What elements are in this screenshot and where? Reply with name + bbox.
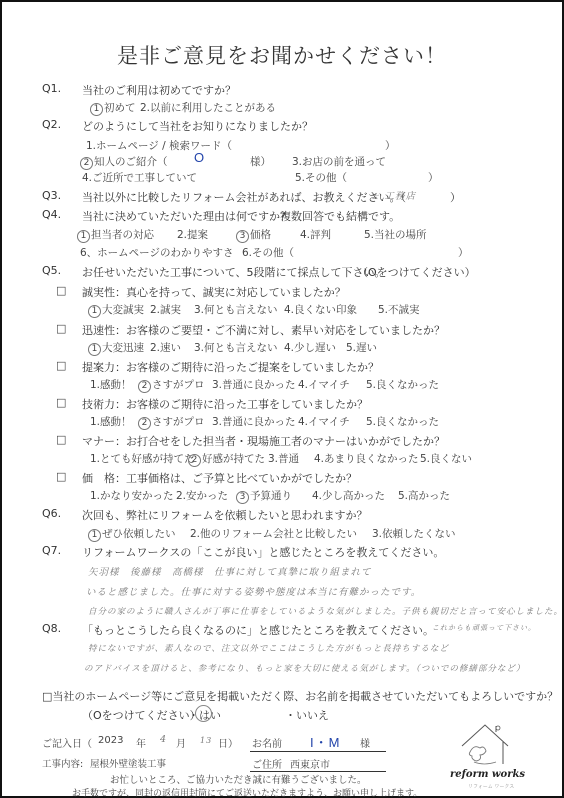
q1-number: Q1. (42, 82, 61, 95)
q3-close: ） (450, 189, 461, 205)
q5-number: Q5. (42, 264, 61, 277)
consent-question: □当社のホームページ等にご意見を掲載いただく際、お名前を掲載させていただいてもよ… (42, 688, 558, 704)
q2-option-5[interactable]: 5.その他（ (295, 170, 347, 185)
q7-text: リフォームワークスの「ここが良い」と感じたところを教えてください。 (82, 544, 444, 560)
q5-item-manners: マナー：お打合せをした担当者・現場施工者のマナーはいかがでしたか？ (82, 433, 445, 449)
house-logo-icon (460, 722, 510, 767)
name-underline (250, 751, 386, 752)
selected-circle-icon: 1 (88, 529, 101, 542)
q5-item-1-option-5[interactable]: 5.不誠実 (378, 302, 420, 317)
q2-number: Q2. (42, 118, 61, 131)
q4-text: 当社に決めていただいた理由は何ですか？ (82, 208, 291, 224)
date-year[interactable]: 2023 (98, 735, 123, 746)
selected-circle-icon: 3 (236, 491, 249, 504)
selected-circle-icon: 1 (90, 103, 103, 116)
thanks-line-1: お忙しいところ、ご協力いただき誠に有難うございました。 (110, 772, 367, 786)
q5-item-price: 価 格：工事価格は、ご予算と比べていかがでしたか？ (82, 470, 357, 486)
q4-option-7-close: ） (458, 245, 469, 260)
q5-item-1-option-4[interactable]: 4.良くない印象 (284, 302, 357, 317)
q4-option-6[interactable]: 6、ホームページのわかりやすさ (80, 245, 233, 260)
q4-note: 複数回答でも結構です。 (280, 208, 400, 224)
date-month-unit: 月 (176, 735, 186, 750)
q4-option-2[interactable]: 2.提案 (177, 227, 208, 242)
q5-item-4-option-2[interactable]: 2さすがプロ (138, 414, 205, 430)
selected-circle-icon: 2 (138, 417, 151, 430)
selected-circle-icon: 1 (88, 343, 101, 356)
q2-option-4[interactable]: 4.ご近所で工事していて (82, 170, 197, 185)
q7-number: Q7. (42, 544, 61, 557)
q5-item-6-option-5[interactable]: 5.高かった (398, 488, 450, 503)
q5-item-2-option-1[interactable]: 1大変迅速 (88, 340, 144, 356)
q8-text: 「もっとこうしたら良くなるのに」と感じたところを教えてください。 (82, 622, 434, 638)
q3-text: 当社以外に比較したリフォーム会社があれば、お教えください。（ (82, 189, 406, 205)
q2-option-1[interactable]: 1.ホームページ / 検索ワード（ (86, 138, 232, 153)
checkbox[interactable]: □ (56, 470, 66, 483)
date-day[interactable]: 13 (200, 736, 212, 745)
q4-option-3[interactable]: 3価格 (236, 227, 271, 243)
consent-yes[interactable]: ・はい (188, 707, 221, 723)
q5-item-3-option-5[interactable]: 5.良くなかった (366, 377, 439, 392)
q2-referrer-value: O (194, 150, 205, 165)
q6-number: Q6. (42, 507, 61, 520)
q5-item-2-option-4[interactable]: 4.少し遅い (284, 340, 336, 355)
q7-answer-line-2: いると感じました。仕事に対する姿勢や態度は本当に有難かったです。 (86, 584, 421, 598)
q5-item-5-option-5[interactable]: 5.良くない (420, 451, 472, 466)
q4-number: Q4. (42, 208, 61, 221)
q5-item-6-option-3[interactable]: 3予算通り (236, 488, 292, 504)
q5-item-2-option-5[interactable]: 5.遅い (346, 340, 377, 355)
q5-item-5-option-1[interactable]: 1.とても好感が持てた (90, 451, 195, 466)
q5-item-6-option-2[interactable]: 2.安かった (176, 488, 228, 503)
name-value[interactable]: I・M (310, 732, 340, 751)
q1-option-1[interactable]: 1初めて (90, 100, 136, 116)
q5-item-4-option-5[interactable]: 5.良くなかった (366, 414, 439, 429)
company-logo: reform works リフォーム ワークス (448, 722, 518, 794)
selected-circle-icon: 2 (80, 157, 93, 170)
q8-answer-line-1: 特にないですが、素人なので、注文以外でここはこうした方がもっと長持ちするなど (88, 642, 449, 654)
q4-option-1[interactable]: 1担当者の対応 (77, 227, 154, 243)
q5-item-4-option-4[interactable]: 4.イマイチ (298, 414, 350, 429)
checkbox[interactable]: □ (56, 322, 66, 335)
q5-item-4-option-3[interactable]: 3.普通に良かった (212, 414, 296, 429)
selected-circle-icon: 1 (88, 305, 101, 318)
q5-item-5-option-4[interactable]: 4.あまり良くなかった (314, 451, 419, 466)
q5-item-5-option-2[interactable]: 2好感が持てた (188, 451, 265, 467)
q3-number: Q3. (42, 189, 61, 202)
q5-text: お任せいただいた工事について、5段階にて採点して下さい。 (82, 264, 386, 280)
q5-item-1-option-1[interactable]: 1大変誠実 (88, 302, 144, 318)
thanks-line-2: お手数ですが、同封の返信用封筒にてご返送いただきますよう、お願い申し上げます。 (72, 786, 422, 798)
work-label: 工事内容: (42, 756, 83, 770)
q5-item-1-option-3[interactable]: 3.何とも言えない (194, 302, 278, 317)
q6-option-1[interactable]: 1ぜひ依頼したい (88, 526, 176, 542)
q1-text: 当社のご利用は初めてですか？ (82, 82, 236, 98)
q6-option-2[interactable]: 2.他のリフォーム会社と比較したい (190, 526, 357, 541)
selected-circle-icon: 2 (138, 380, 151, 393)
selected-circle-icon (195, 705, 212, 722)
q5-item-6-option-1[interactable]: 1.かなり安かった (90, 488, 174, 503)
q5-item-2-option-3[interactable]: 3.何とも言えない (194, 340, 278, 355)
q5-item-proposal: 提案力：お客様のご期待に沿ったご提案をしていましたか？ (82, 359, 379, 375)
q5-note: （Oをつけてください） (357, 264, 476, 280)
q5-item-3-option-4[interactable]: 4.イマイチ (298, 377, 350, 392)
q2-option-1-close: ） (385, 138, 396, 153)
q5-item-6-option-4[interactable]: 4.少し高かった (312, 488, 385, 503)
q7-answer-line-3: 自分の家のように職人さんが丁寧に仕事をしているような気がしました。子供も親切だと… (88, 605, 563, 617)
checkbox[interactable]: □ (56, 396, 66, 409)
q8-answer-line-2: のアドバイスを頂けると、参考になり、もっと家を大切に使える気がします。（ついでの… (84, 662, 525, 674)
q5-item-sincerity: 誠実性：真心を持って、誠実に対応していましたか？ (82, 284, 346, 300)
page-title: 是非ご意見をお聞かせください！ (0, 40, 564, 70)
date-label: ご記入日（ (42, 735, 92, 750)
q8-inline-note: これからも頑張って下さい。 (432, 623, 536, 633)
checkbox[interactable]: □ (56, 359, 66, 372)
q5-item-5-option-3[interactable]: 3.普通 (268, 451, 299, 466)
selected-circle-icon: 2 (188, 454, 201, 467)
date-month[interactable]: 4 (160, 734, 167, 745)
q4-option-4[interactable]: 4.評判 (300, 227, 331, 242)
logo-text: reform works (450, 769, 525, 780)
q5-item-speed: 迅速性：お客様のご要望・ご不満に対し、素早い対応をしていましたか？ (82, 322, 445, 338)
q5-item-3-option-2[interactable]: 2さすがプロ (138, 377, 205, 393)
checkbox[interactable]: □ (56, 433, 66, 446)
work-value: 屋根外壁塗装工事 (90, 756, 166, 770)
address-label: ご住所 (252, 756, 282, 771)
q5-item-3-option-3[interactable]: 3.普通に良かった (212, 377, 296, 392)
q5-item-2-option-2[interactable]: 2.速い (150, 340, 181, 355)
q8-number: Q8. (42, 622, 61, 635)
q5-item-1-option-2[interactable]: 2.誠実 (150, 302, 181, 317)
logo-subtext: リフォーム ワークス (468, 783, 514, 790)
q7-answer-line-1: 矢羽様 後藤様 高橋様 仕事に対して真摯に取り組まれて (88, 564, 372, 578)
consent-no[interactable]: ・いいえ (285, 707, 329, 723)
q1-option-2[interactable]: 2.以前に利用したことがある (140, 100, 276, 115)
checkbox[interactable]: □ (56, 284, 66, 297)
selected-circle-icon: 3 (236, 230, 249, 243)
q4-option-5[interactable]: 5.当社の場所 (364, 227, 427, 242)
q5-item-3-option-1[interactable]: 1.感動！ (90, 377, 132, 392)
name-label: お名前 (252, 735, 282, 750)
name-suffix: 様 (360, 735, 370, 750)
q2-option-2-close: 様） (250, 154, 271, 169)
q4-option-7[interactable]: 6.その他（ (242, 245, 294, 260)
q6-option-3[interactable]: 3.依頼したくない (372, 526, 456, 541)
q5-item-4-option-1[interactable]: 1.感動！ (90, 414, 132, 429)
date-day-unit: 日） (218, 735, 238, 750)
q5-item-skill: 技術力：お客様のご期待に沿った工事をしていましたか？ (82, 396, 368, 412)
q3-answer: ㄊ 工務店 (370, 188, 416, 202)
q2-option-2[interactable]: 2知人のご紹介（ (80, 154, 168, 170)
q2-option-3[interactable]: 3.お店の前を通って (292, 154, 386, 169)
selected-circle-icon: 1 (77, 230, 90, 243)
q2-text: どのようにして当社をお知りになりましたか？ (82, 118, 313, 134)
date-year-unit: 年 (136, 735, 146, 750)
q2-option-5-close: ） (428, 170, 439, 185)
q6-text: 次回も、弊社にリフォームを依頼したいと思われますか？ (82, 507, 367, 523)
consent-note: （Oをつけてください） (82, 707, 201, 723)
address-value[interactable]: 西東京市 (290, 756, 330, 771)
